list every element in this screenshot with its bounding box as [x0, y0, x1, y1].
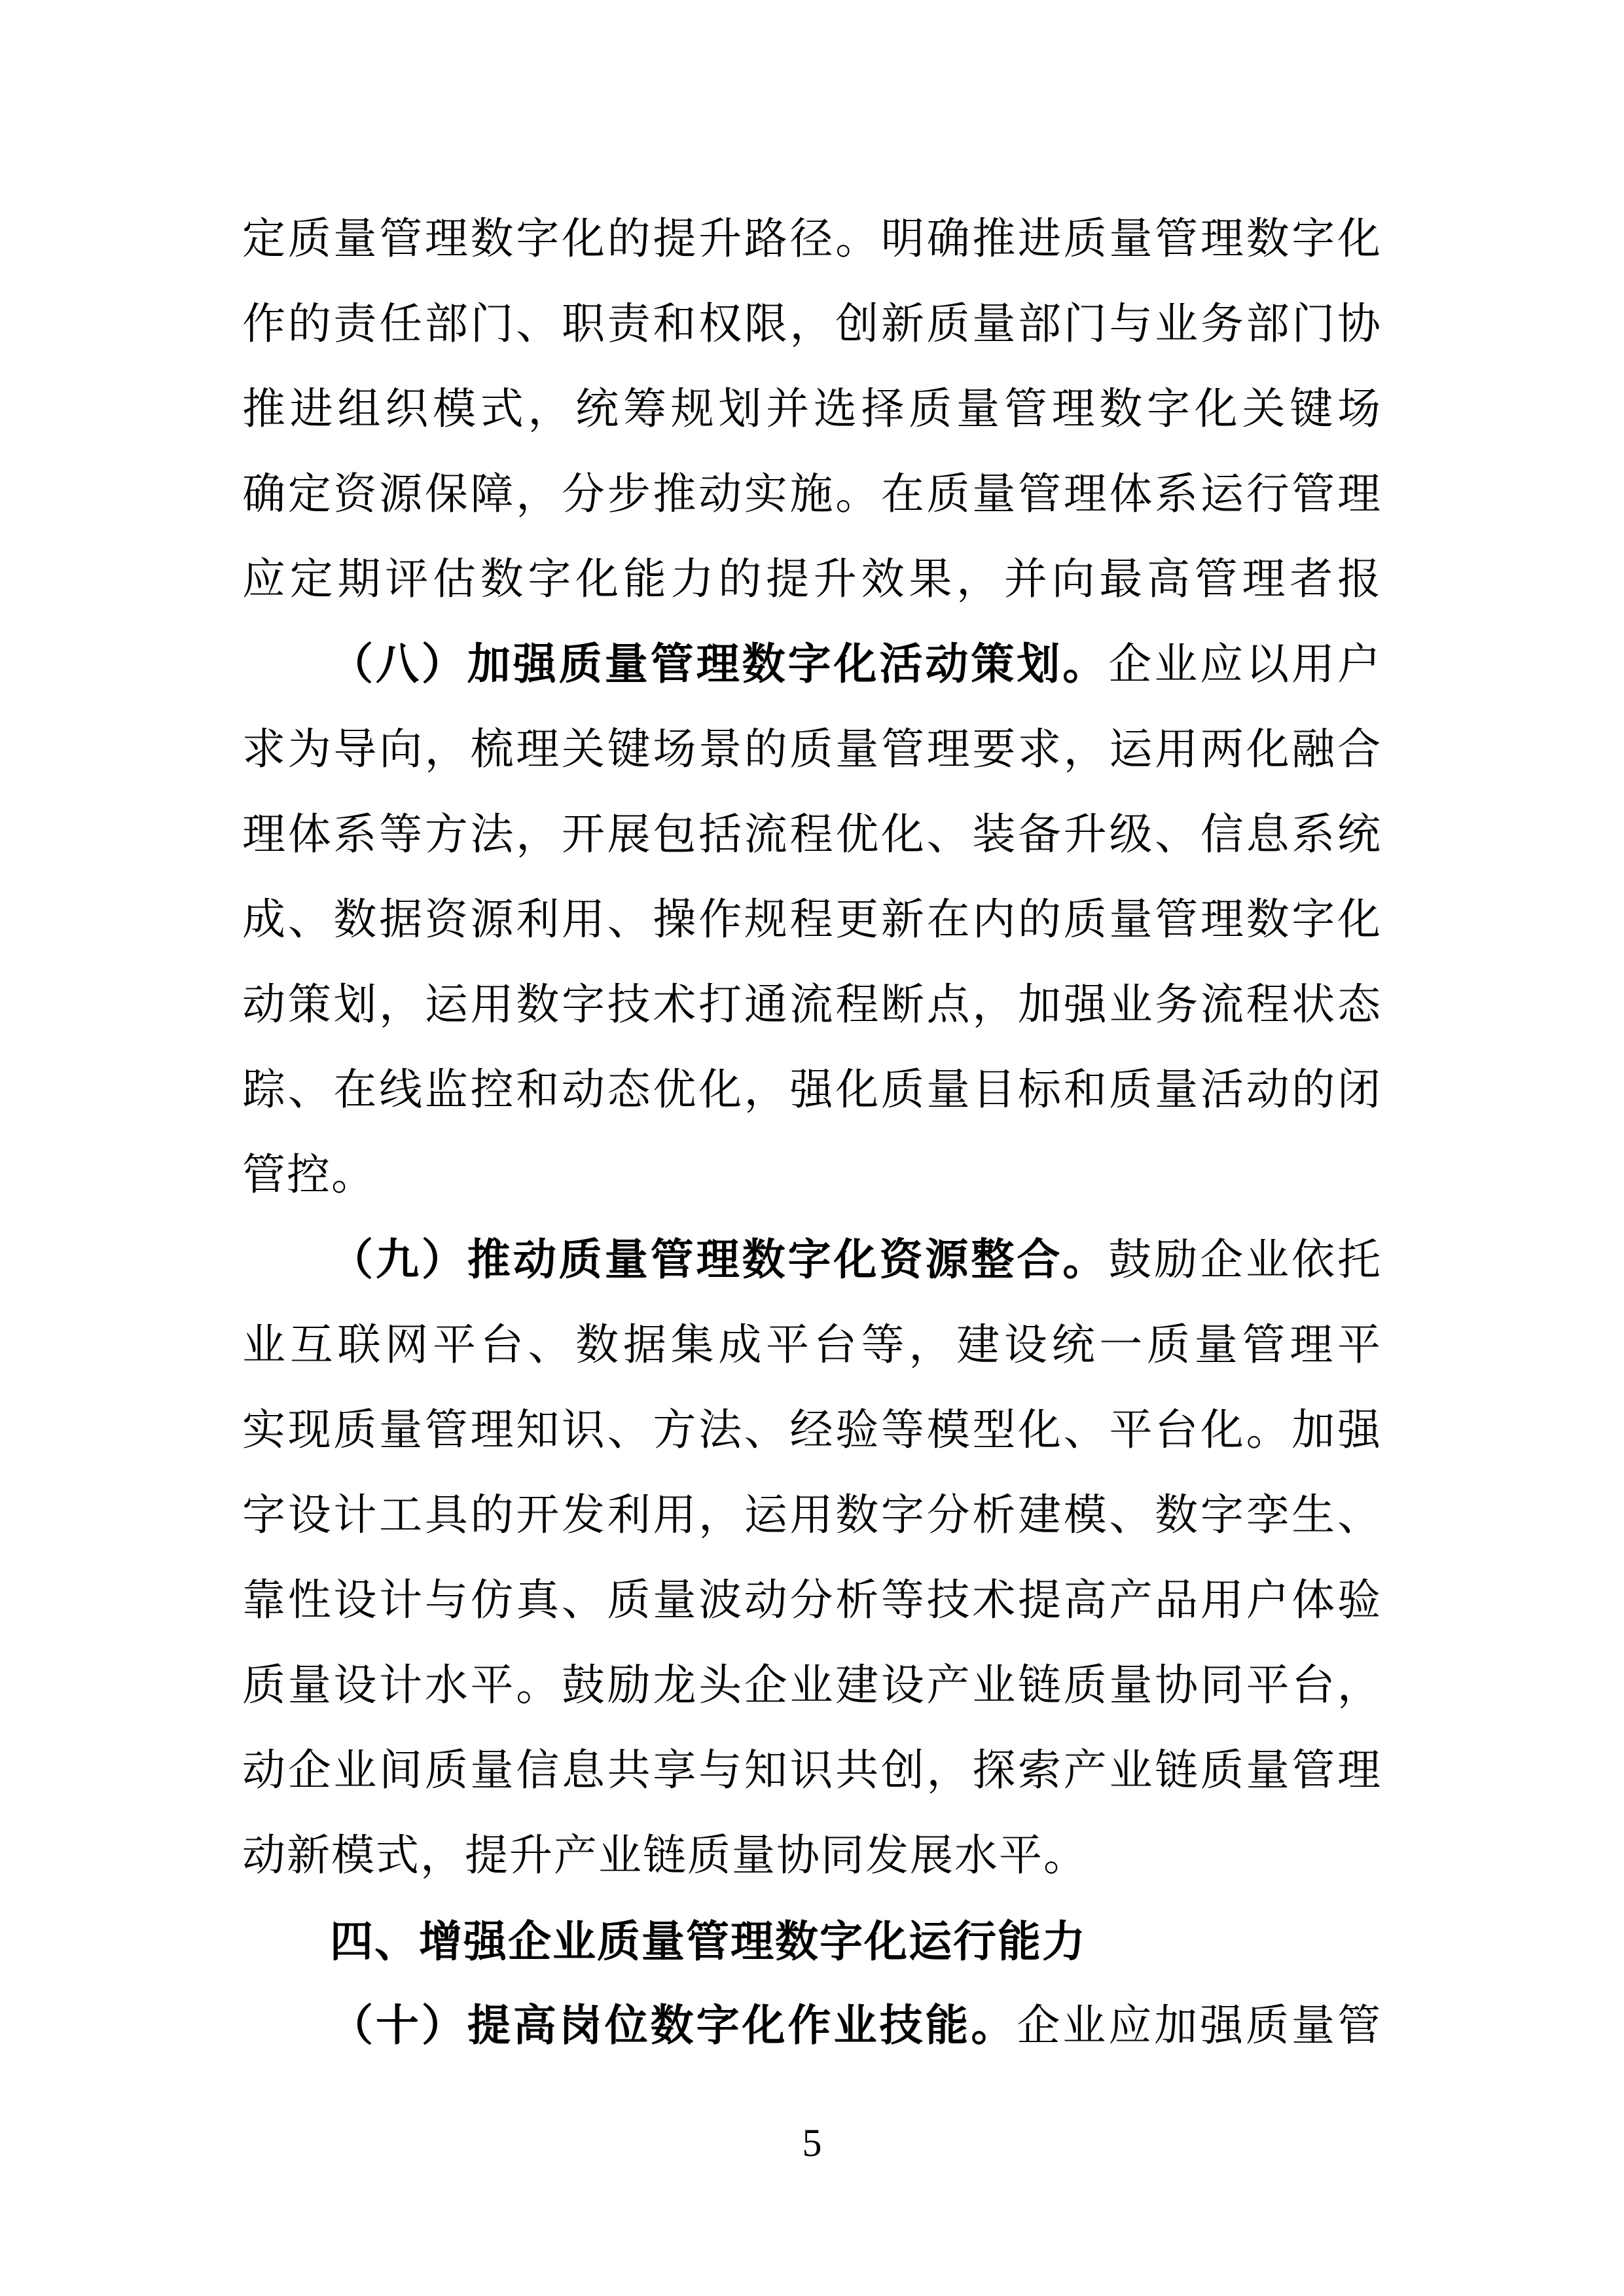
text-line: 踪、在线监控和动态优化，强化质量目标和质量活动的闭环 — [242, 1048, 1382, 1133]
text-line: 动企业间质量信息共享与知识共创，探索产业链质量管理联 — [242, 1729, 1382, 1814]
text-line: （九）推动质量管理数字化资源整合。鼓励企业依托工 — [242, 1218, 1382, 1303]
page-number: 5 — [0, 2122, 1624, 2164]
text-line: 动新模式，提升产业链质量协同发展水平。 — [242, 1814, 1382, 1899]
text-line: 业互联网平台、数据集成平台等，建设统一质量管理平台， — [242, 1303, 1382, 1388]
text-line: 理体系等方法，开展包括流程优化、装备升级、信息系统集 — [242, 793, 1382, 878]
document-page: 定质量管理数字化的提升路径。明确推进质量管理数字化工作的责任部门、职责和权限，创… — [0, 0, 1624, 2296]
section-heading: 四、增强企业质量管理数字化运行能力 — [242, 1899, 1382, 1984]
bold-lead: （九）推动质量管理数字化资源整合。 — [330, 1236, 1108, 1284]
text-line: 定质量管理数字化的提升路径。明确推进质量管理数字化工 — [242, 197, 1382, 282]
text-line: 确定资源保障，分步推动实施。在质量管理体系运行管理中 — [242, 452, 1382, 537]
text-line: 字设计工具的开发利用，运用数字分析建模、数字孪生、可 — [242, 1473, 1382, 1558]
bold-lead: （八）加强质量管理数字化活动策划。 — [330, 641, 1108, 689]
text-line: （八）加强质量管理数字化活动策划。企业应以用户需 — [242, 622, 1382, 708]
text-line: 管控。 — [242, 1133, 1382, 1218]
text-line: 应定期评估数字化能力的提升效果，并向最高管理者报告。 — [242, 537, 1382, 622]
text-line: 质量设计水平。鼓励龙头企业建设产业链质量协同平台，推 — [242, 1643, 1382, 1729]
text-line: （十）提高岗位数字化作业技能。企业应加强质量管理 — [242, 1984, 1382, 2069]
document-body: 定质量管理数字化的提升路径。明确推进质量管理数字化工作的责任部门、职责和权限，创… — [242, 197, 1382, 2069]
text-line: 成、数据资源利用、操作规程更新在内的质量管理数字化活 — [242, 878, 1382, 963]
text-line: 作的责任部门、职责和权限，创新质量部门与业务部门协同 — [242, 282, 1382, 367]
text-line: 动策划，运用数字技术打通流程断点，加强业务流程状态跟 — [242, 963, 1382, 1048]
text-line: 推进组织模式，统筹规划并选择质量管理数字化关键场景， — [242, 367, 1382, 452]
text-line: 实现质量管理知识、方法、经验等模型化、平台化。加强数 — [242, 1388, 1382, 1473]
bold-lead: （十）提高岗位数字化作业技能。 — [330, 2002, 1017, 2050]
text-line: 靠性设计与仿真、质量波动分析等技术提高产品用户体验和 — [242, 1558, 1382, 1643]
text-line: 求为导向，梳理关键场景的质量管理要求，运用两化融合管 — [242, 708, 1382, 793]
